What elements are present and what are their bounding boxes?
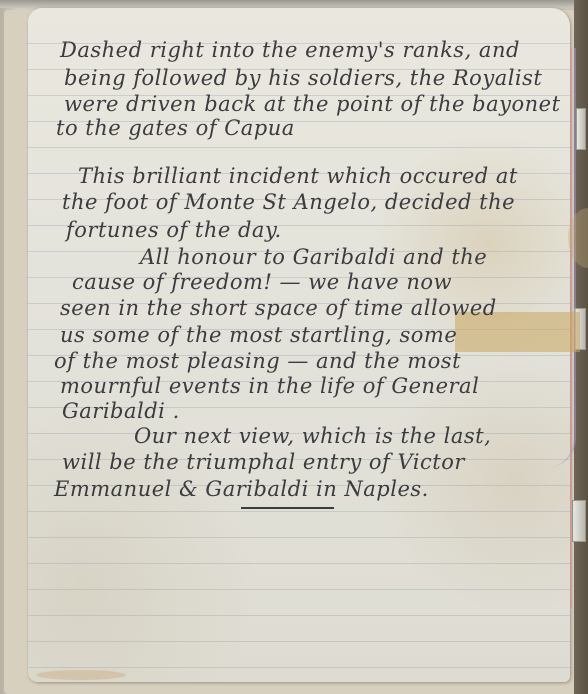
text-line: Emmanuel & Garibaldi in Naples. <box>54 477 429 501</box>
text-line: Dashed right into the enemy's ranks, and <box>60 38 520 62</box>
text-line: to the gates of Capua <box>56 116 295 140</box>
text-line: being followed by his soldiers, the Roya… <box>64 66 542 90</box>
binding-top-edge <box>0 0 588 8</box>
text-line: mournful events in the life of General <box>60 374 479 398</box>
underline-garibaldi <box>241 507 334 509</box>
text-line: All honour to Garibaldi and the <box>140 245 487 269</box>
text-line: This brilliant incident which occured at <box>78 164 518 188</box>
text-line: fortunes of the day. <box>66 218 282 242</box>
paper-stain <box>36 670 126 680</box>
tape-tab <box>572 500 586 542</box>
text-line: us some of the most startling, some <box>60 323 457 347</box>
text-line: Our next view, which is the last, <box>134 424 491 448</box>
text-line: of the most pleasing — and the most <box>54 349 461 373</box>
text-line: were driven back at the point of the bay… <box>64 92 561 116</box>
text-line: seen in the short space of time allowed <box>60 296 497 320</box>
text-line: Garibaldi . <box>62 399 180 423</box>
tape-tab <box>576 108 586 150</box>
text-line: the foot of Monte St Angelo, decided the <box>62 190 515 214</box>
text-line: will be the triumphal entry of Victor <box>62 450 465 474</box>
text-line: cause of freedom! — we have now <box>72 270 452 294</box>
